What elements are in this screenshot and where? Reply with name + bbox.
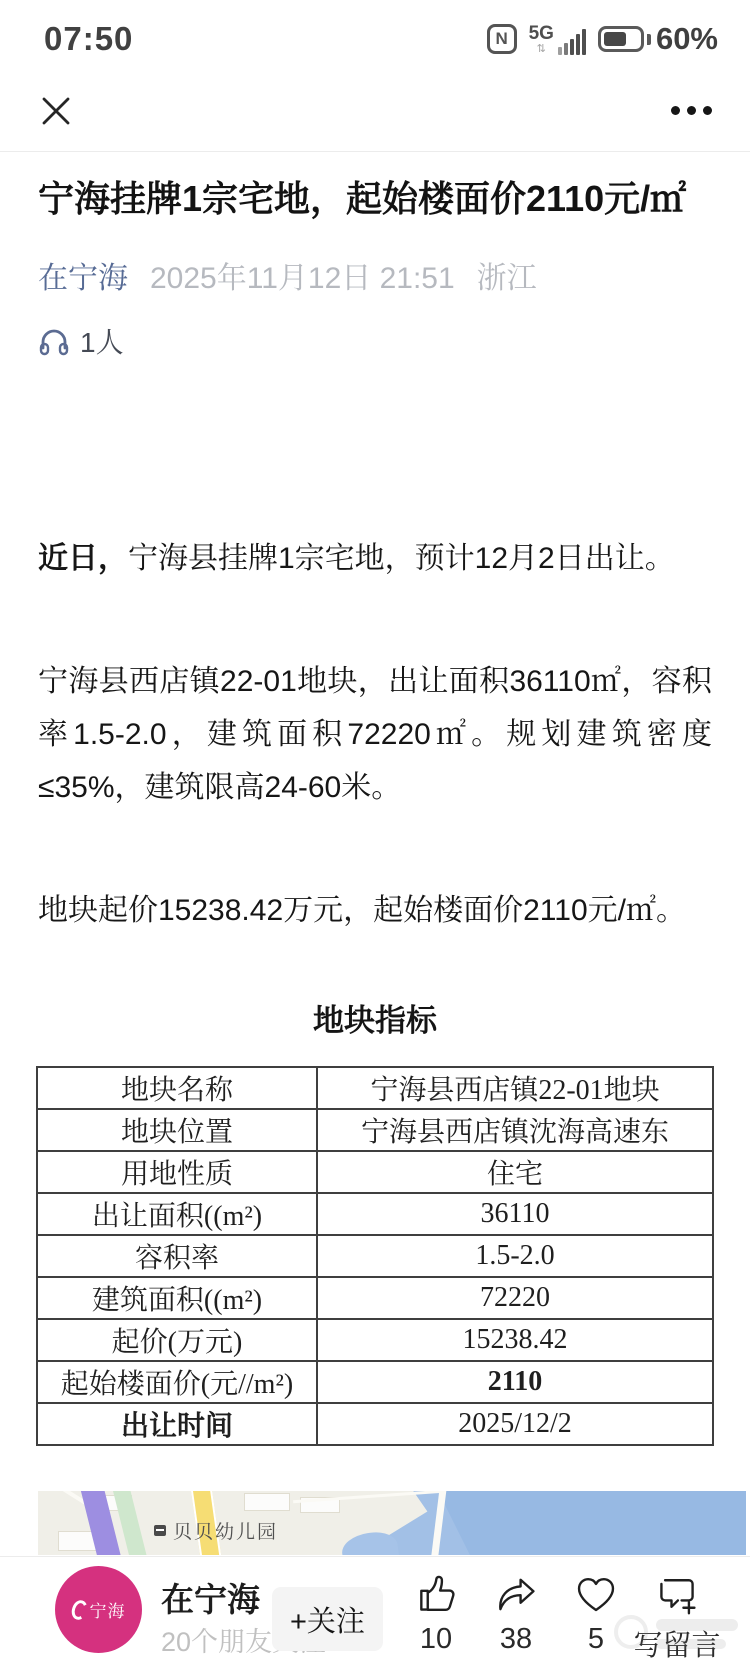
share-count: 38	[500, 1623, 532, 1656]
row-value: 宁海县西店镇22-01地块	[317, 1067, 713, 1109]
battery-icon	[598, 26, 644, 52]
battery-cap-icon	[647, 34, 651, 45]
like-count: 10	[420, 1623, 452, 1656]
close-icon	[39, 94, 73, 128]
row-label: 容积率	[37, 1235, 317, 1277]
paragraph-1-text: 宁海县挂牌1宗宅地，预计12月2日出让。	[128, 542, 675, 575]
row-value: 宁海县西店镇沈海高速东	[317, 1109, 713, 1151]
footer-bar: 宁海 在宁海 20个朋友关注 +关注 10 38 5	[0, 1556, 750, 1667]
nfc-icon: N	[487, 24, 517, 54]
network-type: 5G ⇅	[529, 24, 554, 55]
clock: 07:50	[44, 20, 133, 58]
paragraph-1: 近日，宁海县挂牌1宗宅地，预计12月2日出让。	[38, 532, 712, 585]
paragraph-3: 地块起价15238.42万元，起始楼面价2110元/㎡。	[38, 884, 712, 937]
data-arrows-icon: ⇅	[537, 44, 546, 55]
author-link[interactable]: 在宁海	[38, 253, 128, 297]
row-value: 36110	[317, 1193, 713, 1235]
row-label: 建筑面积((m²)	[37, 1277, 317, 1319]
avatar-logo-icon	[69, 1598, 89, 1622]
nav-bar	[0, 70, 750, 152]
row-value: 15238.42	[317, 1319, 713, 1361]
row-label: 起始楼面价(元//m²)	[37, 1361, 317, 1403]
account-avatar[interactable]: 宁海	[55, 1566, 142, 1653]
map-road	[38, 1491, 87, 1505]
headphones-icon	[38, 326, 70, 356]
row-label: 起价(万元)	[37, 1319, 317, 1361]
status-bar: 07:50 N 5G ⇅ 60%	[0, 0, 750, 70]
row-label: 地块位置	[37, 1109, 317, 1151]
poi-label: 贝贝幼儿园	[173, 1517, 278, 1544]
table-section: 地块指标 地块名称 宁海县西店镇22-01地块 地块位置 宁海县西店镇沈海高速东…	[0, 995, 750, 1446]
close-button[interactable]	[38, 93, 74, 129]
publish-date: 2025年11月12日 21:51	[150, 253, 455, 297]
kindergarten-icon	[154, 1525, 166, 1536]
table-row: 容积率 1.5-2.0	[37, 1235, 713, 1277]
table-row: 起始楼面价(元//m²) 2110	[37, 1361, 713, 1403]
listen-row[interactable]: 1人	[38, 321, 712, 361]
map-pond	[340, 1529, 400, 1555]
publish-region: 浙江	[477, 253, 537, 297]
row-value: 2025/12/2	[317, 1403, 713, 1445]
account-name[interactable]: 在宁海	[161, 1574, 260, 1621]
table-row: 地块名称 宁海县西店镇22-01地块	[37, 1067, 713, 1109]
row-value: 2110	[317, 1361, 713, 1403]
comment-plus-icon	[654, 1572, 700, 1616]
row-label: 地块名称	[37, 1067, 317, 1109]
row-value: 72220	[317, 1277, 713, 1319]
map-image: 贝贝幼儿园	[38, 1491, 746, 1555]
status-icons: N 5G ⇅ 60%	[487, 21, 718, 57]
network-indicator: 5G ⇅	[529, 24, 586, 55]
table-row: 起价(万元) 15238.42	[37, 1319, 713, 1361]
battery-indicator: 60%	[598, 21, 718, 57]
paragraph-1-lead: 近日，	[38, 542, 128, 575]
row-value: 住宅	[317, 1151, 713, 1193]
map-building	[244, 1493, 290, 1511]
more-button[interactable]	[671, 96, 712, 125]
more-icon	[671, 106, 680, 115]
table-row: 出让面积((m²) 36110	[37, 1193, 713, 1235]
map-poi: 贝贝幼儿园	[154, 1517, 278, 1544]
table-row: 出让时间 2025/12/2	[37, 1403, 713, 1445]
row-label: 用地性质	[37, 1151, 317, 1193]
land-indicators-table: 地块名称 宁海县西店镇22-01地块 地块位置 宁海县西店镇沈海高速东 用地性质…	[36, 1066, 714, 1446]
table-row: 建筑面积((m²) 72220	[37, 1277, 713, 1319]
table-row: 地块位置 宁海县西店镇沈海高速东	[37, 1109, 713, 1151]
network-label: 5G	[529, 24, 554, 43]
article-body: 近日，宁海县挂牌1宗宅地，预计12月2日出让。 宁海县西店镇22-01地块，出让…	[0, 500, 750, 1007]
row-label: 出让面积((m²)	[37, 1193, 317, 1235]
comment-label: 写留言	[633, 1623, 720, 1664]
article-title: 宁海挂牌1宗宅地，起始楼面价2110元/㎡	[38, 170, 688, 227]
signal-bars-icon	[558, 29, 586, 55]
favorite-count: 5	[588, 1623, 604, 1656]
follow-button[interactable]: +关注	[272, 1587, 383, 1651]
heart-icon	[573, 1572, 619, 1616]
row-value: 1.5-2.0	[317, 1235, 713, 1277]
article-meta: 在宁海 2025年11月12日 21:51 浙江	[38, 253, 712, 297]
screen: 07:50 N 5G ⇅ 60%	[0, 0, 750, 1667]
thumbs-up-icon	[413, 1572, 459, 1616]
listen-count: 1人	[80, 321, 124, 361]
row-label: 出让时间	[37, 1403, 317, 1445]
table-row: 用地性质 住宅	[37, 1151, 713, 1193]
table-title: 地块指标	[0, 995, 750, 1040]
avatar-label: 宁海	[90, 1597, 126, 1622]
share-arrow-icon	[493, 1572, 539, 1616]
article-header: 宁海挂牌1宗宅地，起始楼面价2110元/㎡ 在宁海 2025年11月12日 21…	[0, 152, 750, 361]
paragraph-2: 宁海县西店镇22-01地块，出让面积36110㎡，容积率1.5-2.0，建筑面积…	[38, 655, 712, 814]
comment-button[interactable]: 写留言	[627, 1572, 727, 1664]
battery-percent: 60%	[656, 21, 718, 57]
